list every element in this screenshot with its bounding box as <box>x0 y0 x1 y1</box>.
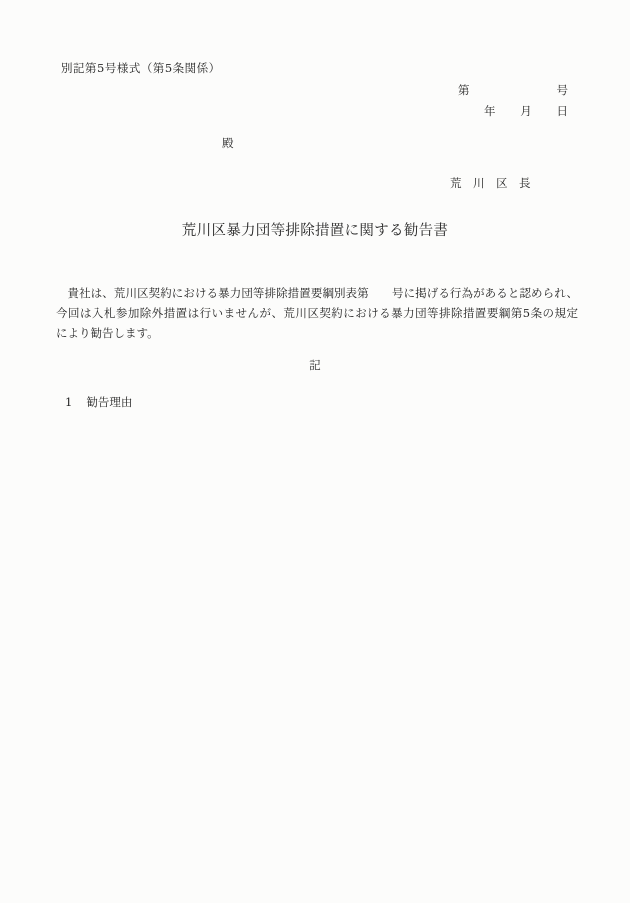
ki-section-marker: 記 <box>0 359 630 373</box>
date-day-label: 日 <box>557 105 569 119</box>
body-paragraph: 貴社は、荒川区契約における暴力団等排除措置要綱別表第 号に掲げる行為があると認め… <box>56 283 578 343</box>
document-number-line: 第 号 <box>458 84 568 98</box>
form-style-label: 別記第5号様式（第5条関係） <box>61 62 221 76</box>
item-label: 勧告理由 <box>86 395 132 409</box>
doc-number-prefix: 第 <box>458 84 470 98</box>
date-line: 年 月 日 <box>484 105 568 119</box>
recipient-honorific: 殿 <box>222 137 234 151</box>
body-line-1: 貴社は、荒川区契約における暴力団等排除措置要綱別表第 号に掲げる行為があると認め… <box>56 283 578 303</box>
body-line-2: 今回は入札参加除外措置は行いませんが、荒川区契約における暴力団等排除措置要綱第5… <box>56 303 578 323</box>
date-year-label: 年 <box>484 105 496 119</box>
doc-number-suffix: 号 <box>557 84 569 98</box>
document-title: 荒川区暴力団等排除措置に関する勧告書 <box>0 223 630 240</box>
list-item-1: 1勧告理由 <box>65 396 132 410</box>
sender-name: 荒 川 区 長 <box>450 177 531 191</box>
item-number: 1 <box>65 395 72 409</box>
date-month-label: 月 <box>520 105 532 119</box>
document-page: 別記第5号様式（第5条関係） 第 号 年 月 日 殿 荒 川 区 長 荒川区暴力… <box>0 0 630 903</box>
body-line-3: により勧告します。 <box>56 323 578 343</box>
